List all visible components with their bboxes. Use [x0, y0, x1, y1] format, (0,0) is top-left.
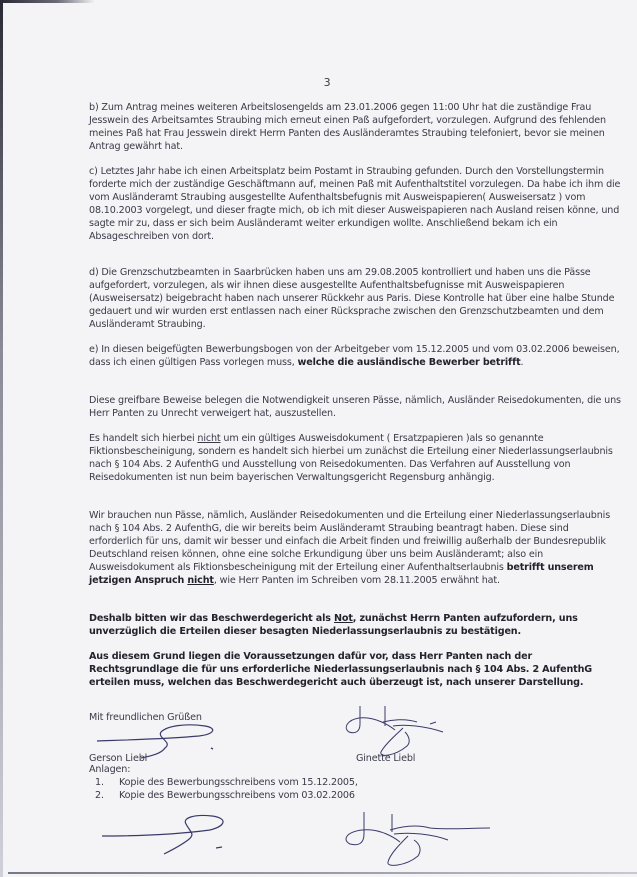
paragraph-handelt-text: Es handelt sich hierbei nicht um ein gül…: [89, 432, 624, 484]
attachment-number: 2.: [95, 789, 104, 802]
paragraph-grund-text: Aus diesem Grund liegen die Voraussetzun…: [89, 650, 624, 689]
paragraph-b: b) Zum Antrag meines weiteren Arbeitslos…: [89, 101, 624, 153]
signature-ginette-2: [340, 812, 500, 868]
paragraph-deshalb: Deshalb bitten wir das Beschwerdegericht…: [89, 612, 624, 638]
paragraph-beweise: Diese greifbare Beweise belegen die Notw…: [89, 394, 624, 420]
paragraph-deshalb-text: Deshalb bitten wir das Beschwerdegericht…: [89, 612, 624, 638]
paragraph-handelt-part1: Es handelt sich hierbei: [89, 433, 197, 444]
attachment-item: 1.Kopie des Bewerbungsschreibens vom 15.…: [89, 776, 624, 789]
paragraph-e-text: e) In diesen beigefügten Bewerbungsbogen…: [89, 343, 624, 369]
attachments-list: 1.Kopie des Bewerbungsschreibens vom 15.…: [89, 776, 624, 802]
grund-bold: Aus diesem Grund liegen die Voraussetzun…: [89, 651, 592, 688]
page-number: 3: [317, 76, 337, 89]
signature-gerson-2: [100, 810, 240, 860]
scan-edge-left: [0, 0, 3, 877]
signature-ginette-1: [345, 704, 465, 758]
underlined-nicht: nicht: [197, 433, 220, 444]
signature-gerson-1: [95, 722, 225, 772]
paragraph-b-text: b) Zum Antrag meines weiteren Arbeitslos…: [89, 101, 624, 153]
paragraph-beweise-text: Diese greifbare Beweise belegen die Notw…: [89, 394, 624, 420]
attachment-text: Kopie des Bewerbungsschreibens vom 15.12…: [119, 777, 358, 788]
paragraph-brauchen: Wir brauchen nun Pässe, nämlich, Ausländ…: [89, 509, 624, 588]
underlined-not: Not: [334, 613, 353, 624]
paragraph-handelt: Es handelt sich hierbei nicht um ein gül…: [89, 432, 624, 484]
scan-edge-bottom: [8, 872, 637, 874]
paragraph-d-text: d) Die Grenzschutzbeamten in Saarbrücken…: [89, 266, 624, 331]
underlined-bold-nicht: nicht: [187, 575, 213, 586]
scan-edge-top: [0, 0, 95, 3]
paragraph-c: c) Letztes Jahr habe ich einen Arbeitspl…: [89, 165, 624, 244]
attachment-item: 2.Kopie des Bewerbungsschreibens vom 03.…: [89, 789, 624, 802]
paragraph-e-bold: welche die ausländische Bewerber betriff…: [298, 357, 521, 368]
paragraph-grund: Aus diesem Grund liegen die Voraussetzun…: [89, 650, 624, 689]
paragraph-e: e) In diesen beigefügten Bewerbungsbogen…: [89, 343, 624, 369]
paragraph-d: d) Die Grenzschutzbeamten in Saarbrücken…: [89, 266, 624, 331]
paragraph-c-text: c) Letztes Jahr habe ich einen Arbeitspl…: [89, 165, 624, 244]
paragraph-brauchen-part2: , wie Herr Panten im Schreiben vom 28.11…: [214, 575, 500, 586]
attachment-text: Kopie des Bewerbungsschreibens vom 03.02…: [119, 790, 355, 801]
attachment-number: 1.: [95, 776, 104, 789]
paragraph-brauchen-text: Wir brauchen nun Pässe, nämlich, Ausländ…: [89, 509, 624, 588]
paragraph-e-end: .: [521, 357, 524, 368]
deshalb-part1: Deshalb bitten wir das Beschwerdegericht…: [89, 613, 334, 624]
